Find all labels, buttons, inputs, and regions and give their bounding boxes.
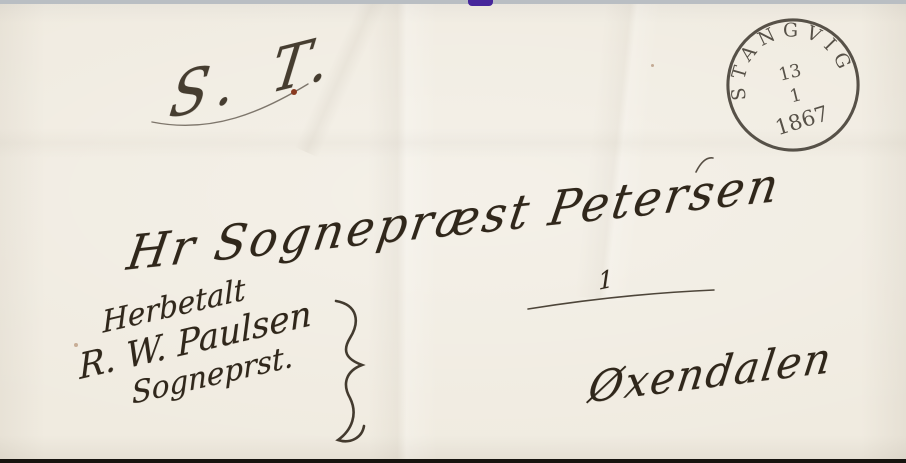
fold-crease — [574, 0, 661, 302]
foxing-spot — [651, 64, 654, 67]
foxing-spot — [74, 343, 78, 347]
scanner-edge-top — [0, 0, 906, 4]
postmark-month: 1 — [788, 85, 804, 107]
scanned-letter-cover: STANGVIG 13 1 1867 S. T. Hr Sognepræst P… — [0, 0, 906, 463]
postmark-year: 1867 — [772, 101, 831, 141]
separator-mark: 1 — [598, 264, 614, 296]
scanner-edge-mark — [468, 0, 493, 6]
scanner-edge-bottom — [0, 459, 906, 463]
postmark-day: 13 — [777, 61, 804, 86]
wax-speck — [291, 89, 297, 95]
